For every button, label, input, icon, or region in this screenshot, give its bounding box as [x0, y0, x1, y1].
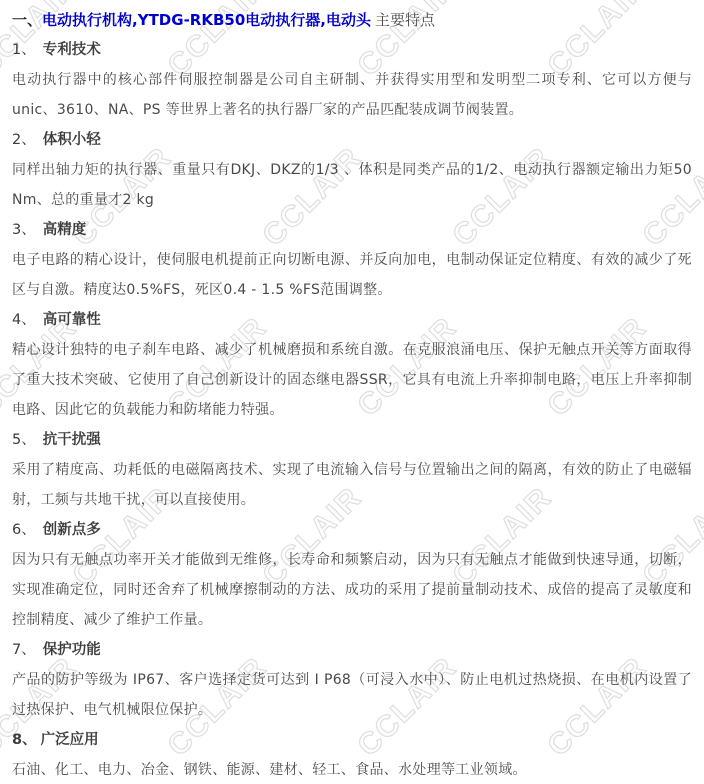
section-patent-tech: 1、专利技术 电动执行器中的核心部件伺服控制器是公司自主研制、并获得实用型和发明… [12, 35, 692, 125]
section-high-precision: 3、高精度 电子电路的精心设计，使伺服电机提前正向切断电源、并反向加电，电制动保… [12, 215, 692, 305]
section-heading: 6、创新点多 [12, 515, 692, 545]
section-heading: 2、体积小轻 [12, 125, 692, 155]
section-number: 1、 [12, 42, 36, 58]
section-body: 因为只有无触点功率开关才能做到无维修，长寿命和频繁启动，因为只有无触点才能做到快… [12, 545, 692, 635]
section-protection: 7、保护功能 产品的防护等级为 IP67、客户选择定货可达到 I P68（可浸入… [12, 635, 692, 725]
section-title: 专利技术 [43, 42, 101, 58]
section-heading: 1、专利技术 [12, 35, 692, 65]
section-body: 石油、化工、电力、冶金、钢铁、能源、建材、轻工、食品、水处理等工业领域。 [12, 755, 692, 784]
section-number: 2、 [12, 132, 36, 148]
title-suffix: 主要特点 [375, 11, 435, 29]
section-body: 电动执行器中的核心部件伺服控制器是公司自主研制、并获得实用型和发明型二项专利、它… [12, 65, 692, 125]
section-heading: 5、抗干扰强 [12, 425, 692, 455]
section-heading: 3、高精度 [12, 215, 692, 245]
section-title: 创新点多 [43, 522, 101, 538]
section-title: 高精度 [43, 222, 87, 238]
section-wide-application: 8、广泛应用 石油、化工、电力、冶金、钢铁、能源、建材、轻工、食品、水处理等工业… [12, 725, 692, 784]
section-heading: 7、保护功能 [12, 635, 692, 665]
section-body: 产品的防护等级为 IP67、客户选择定货可达到 I P68（可浸入水中）、防止电… [12, 665, 692, 725]
document-content: 一、电动执行机构,YTDG-RKB50电动执行器,电动头主要特点 1、专利技术 … [0, 0, 704, 784]
section-title: 广泛应用 [41, 732, 99, 748]
section-body: 同样出轴力矩的执行器、重量只有DKJ、DKZ的1/3 、体积是同类产品的1/2、… [12, 155, 692, 215]
title-index: 一、 [12, 11, 42, 29]
section-anti-interference: 5、抗干扰强 采用了精度高、功耗低的电磁隔离技术、实现了电流输入信号与位置输出之… [12, 425, 692, 515]
section-number: 5、 [12, 432, 36, 448]
section-innovations: 6、创新点多 因为只有无触点功率开关才能做到无维修，长寿命和频繁启动，因为只有无… [12, 515, 692, 635]
section-number: 4、 [12, 312, 36, 328]
section-number: 3、 [12, 222, 36, 238]
section-title: 体积小轻 [43, 132, 101, 148]
section-high-reliability: 4、高可靠性 精心设计独特的电子刹车电路、减少了机械磨损和系统自激。在克服浪涌电… [12, 305, 692, 425]
title-product-name: 电动执行机构,YTDG-RKB50电动执行器,电动头 [42, 11, 371, 29]
section-title: 高可靠性 [43, 312, 101, 328]
section-body: 采用了精度高、功耗低的电磁隔离技术、实现了电流输入信号与位置输出之间的隔离，有效… [12, 455, 692, 515]
section-number: 6、 [12, 522, 36, 538]
page-title: 一、电动执行机构,YTDG-RKB50电动执行器,电动头主要特点 [12, 5, 692, 35]
section-number: 7、 [12, 642, 36, 658]
document-page: CCLAIRCCLAIRCCLAIRCCLAIRCCLAIRCCLAIRCCLA… [0, 0, 704, 784]
section-small-size: 2、体积小轻 同样出轴力矩的执行器、重量只有DKJ、DKZ的1/3 、体积是同类… [12, 125, 692, 215]
section-number: 8、 [12, 732, 37, 748]
section-body: 电子电路的精心设计，使伺服电机提前正向切断电源、并反向加电，电制动保证定位精度、… [12, 245, 692, 305]
section-heading: 4、高可靠性 [12, 305, 692, 335]
section-title: 抗干扰强 [43, 432, 101, 448]
section-title: 保护功能 [43, 642, 101, 658]
section-heading: 8、广泛应用 [12, 725, 692, 755]
section-body: 精心设计独特的电子刹车电路、减少了机械磨损和系统自激。在克服浪涌电压、保护无触点… [12, 335, 692, 425]
